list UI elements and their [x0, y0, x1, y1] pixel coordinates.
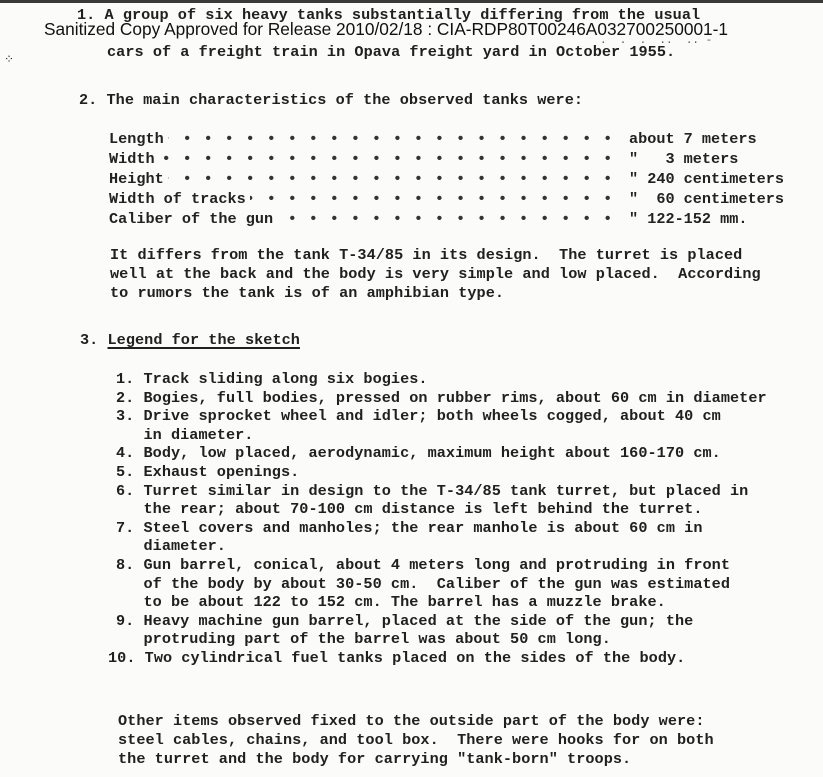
legend-item-continuation: the rear; about 70-100 cm distance is le… [116, 500, 703, 518]
section3-heading: 3. Legend for the sketch [80, 331, 300, 349]
legend-item: 2. Bogies, full bodies, pressed on rubbe… [116, 389, 767, 407]
scan-top-edge [0, 0, 823, 3]
closing-paragraph-line3: the turret and the body for carrying "ta… [118, 750, 631, 768]
spec-row: • • • • • • • • • • • • • • • • • • • • … [109, 209, 809, 229]
spec-value: " 240 centimeters [629, 169, 784, 189]
spec-label: Height [109, 169, 168, 189]
spec-value: " 122-152 mm. [629, 209, 747, 229]
sanitization-stamp: Sanitized Copy Approved for Release 2010… [44, 19, 784, 39]
spec-label: Length [109, 129, 168, 149]
legend-item-continuation: of the body by about 30-50 cm. Caliber o… [116, 575, 730, 593]
spec-value: " 3 meters [629, 149, 738, 169]
legend-item: 8. Gun barrel, conical, about 4 meters l… [116, 556, 730, 574]
legend-item: 5. Exhaust openings. [116, 463, 299, 481]
spec-row: • • • • • • • • • • • • • • • • • • • • … [109, 189, 809, 209]
scan-speck: ⁘ [4, 54, 14, 66]
legend-item: 9. Heavy machine gun barrel, placed at t… [116, 612, 693, 630]
legend-item-continuation: diameter. [116, 537, 226, 555]
spec-label: Width of tracks [109, 189, 250, 209]
legend-item: 6. Turret similar in design to the T-34/… [116, 482, 748, 500]
spec-value: about 7 meters [629, 129, 757, 149]
closing-paragraph-line2: steel cables, chains, and tool box. Ther… [118, 731, 714, 749]
legend-item: 10. Two cylindrical fuel tanks placed on… [108, 649, 685, 667]
spec-value: " 60 centimeters [629, 189, 784, 209]
design-paragraph-line3: to rumors the tank is of an amphibian ty… [110, 284, 504, 302]
spec-label: Caliber of the gun [109, 209, 277, 229]
spec-row: • • • • • • • • • • • • • • • • • • • • … [109, 149, 809, 169]
leader-dots: • • • • • • • • • • • • • • • • • • • • … [109, 149, 614, 169]
legend-item-continuation: to be about 122 to 152 cm. The barrel ha… [116, 593, 666, 611]
legend-item: 4. Body, low placed, aerodynamic, maximu… [116, 444, 721, 462]
section3-number: 3. [80, 331, 98, 349]
leader-dots: • • • • • • • • • • • • • • • • • • • • … [109, 169, 614, 189]
design-paragraph-line1: It differs from the tank T-34/85 in its … [110, 246, 742, 264]
spec-row: • • • • • • • • • • • • • • • • • • • • … [109, 129, 809, 149]
legend-item-continuation: protruding part of the barrel was about … [116, 630, 611, 648]
section3-title: Legend for the sketch [108, 331, 300, 349]
design-paragraph-line2: well at the back and the body is very si… [110, 265, 761, 283]
legend-item: 3. Drive sprocket wheel and idler; both … [116, 407, 721, 425]
legend-item-continuation: in diameter. [116, 426, 253, 444]
section1-line2: cars of a freight train in Opava freight… [107, 43, 675, 61]
closing-paragraph-line1: Other items observed fixed to the outsid… [118, 712, 705, 730]
leader-dots: • • • • • • • • • • • • • • • • • • • • … [109, 129, 614, 149]
legend-item: 7. Steel covers and manholes; the rear m… [116, 519, 703, 537]
section2-heading: 2. The main characteristics of the obser… [79, 91, 583, 109]
legend-item: 1. Track sliding along six bogies. [116, 370, 428, 388]
spec-label: Width [109, 149, 159, 169]
spec-row: • • • • • • • • • • • • • • • • • • • • … [109, 169, 809, 189]
